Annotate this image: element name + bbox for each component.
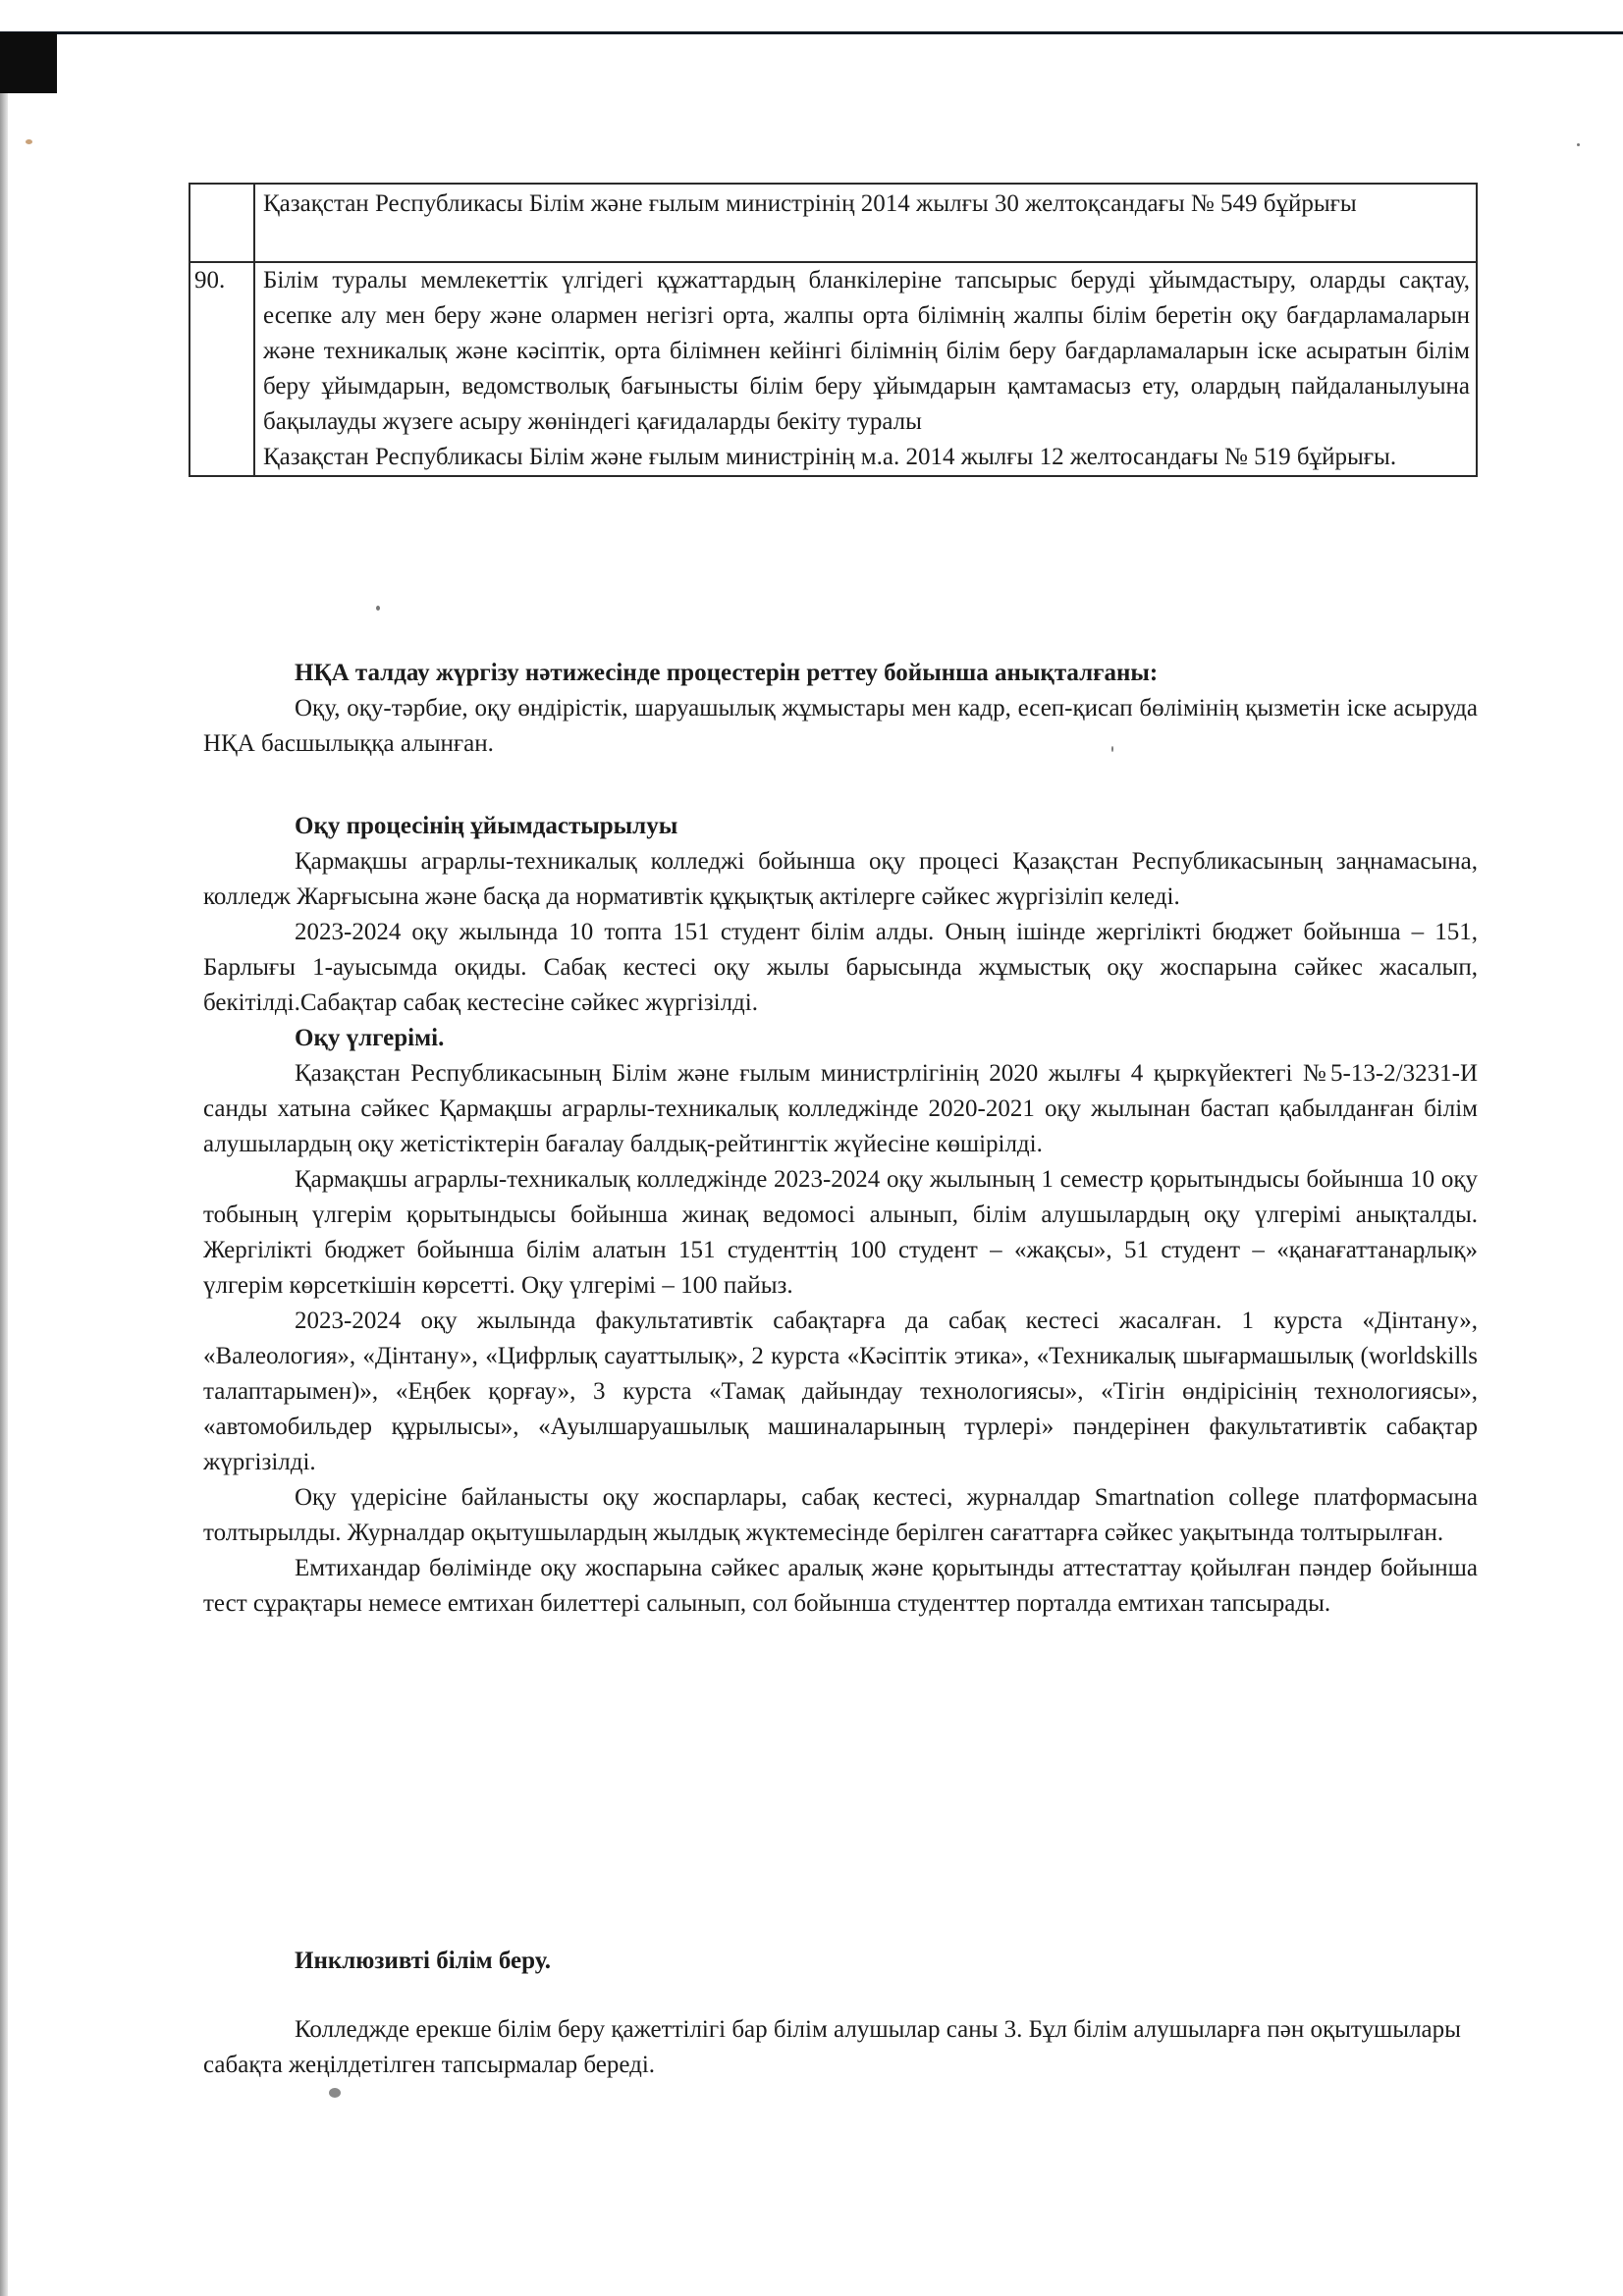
- section-inclusive: Инклюзивті білім беру. Колледжде ерекше …: [203, 1944, 1478, 2083]
- scan-speck: [26, 139, 32, 144]
- row-number: 90.: [189, 262, 254, 476]
- table-row: 90. Білім туралы мемлекеттік үлгідегі құ…: [189, 262, 1477, 476]
- paragraph: Колледжде ерекше білім беру қажеттілігі …: [203, 2012, 1478, 2083]
- row-text: Қазақстан Республикасы Білім және ғылым …: [254, 184, 1477, 262]
- paragraph: Емтихандар бөлімінде оқу жоспарына сәйке…: [203, 1551, 1478, 1622]
- table-row: Қазақстан Республикасы Білім және ғылым …: [189, 184, 1477, 262]
- scan-edge-top: [0, 31, 1623, 34]
- paragraph: Оқу, оқу-тәрбие, оқу өндірістік, шаруашы…: [203, 691, 1478, 762]
- row-order: Қазақстан Республикасы Білім және ғылым …: [263, 440, 1470, 475]
- row-number: [189, 184, 254, 262]
- section-heading: Оқу үлгерімі.: [203, 1021, 1478, 1056]
- section-organization: Оқу процесінің ұйымдастырылуы Қармақшы а…: [203, 809, 1478, 1622]
- paragraph: 2023-2024 оқу жылында 10 топта 151 студе…: [203, 915, 1478, 1021]
- section-heading: НҚА талдау жүргізу нәтижесінде процестер…: [203, 656, 1478, 691]
- section-heading: Оқу процесінің ұйымдастырылуы: [203, 809, 1478, 844]
- section-heading: Инклюзивті білім беру.: [203, 1944, 1478, 1979]
- paragraph: 2023-2024 оқу жылында факультативтік саб…: [203, 1304, 1478, 1480]
- regulations-table: Қазақстан Республикасы Білім және ғылым …: [189, 183, 1478, 477]
- scan-speck: [329, 2088, 341, 2098]
- row-content: Білім туралы мемлекеттік үлгідегі құжатт…: [254, 262, 1477, 476]
- paragraph: Оқу үдерісіне байланысты оқу жоспарлары,…: [203, 1480, 1478, 1551]
- scan-speck: [376, 606, 380, 611]
- paragraph: Қармақшы аграрлы-техникалық колледжінде …: [203, 1162, 1478, 1304]
- scan-edge-left: [0, 93, 8, 2296]
- section-nka: НҚА талдау жүргізу нәтижесінде процестер…: [203, 656, 1478, 762]
- scan-speck: [1577, 143, 1580, 146]
- paragraph: Қазақстан Республикасының Білім және ғыл…: [203, 1056, 1478, 1162]
- paragraph: Қармақшы аграрлы-техникалық колледжі бой…: [203, 844, 1478, 915]
- row-title: Білім туралы мемлекеттік үлгідегі құжатт…: [263, 263, 1470, 440]
- scan-corner-mark: [0, 32, 57, 93]
